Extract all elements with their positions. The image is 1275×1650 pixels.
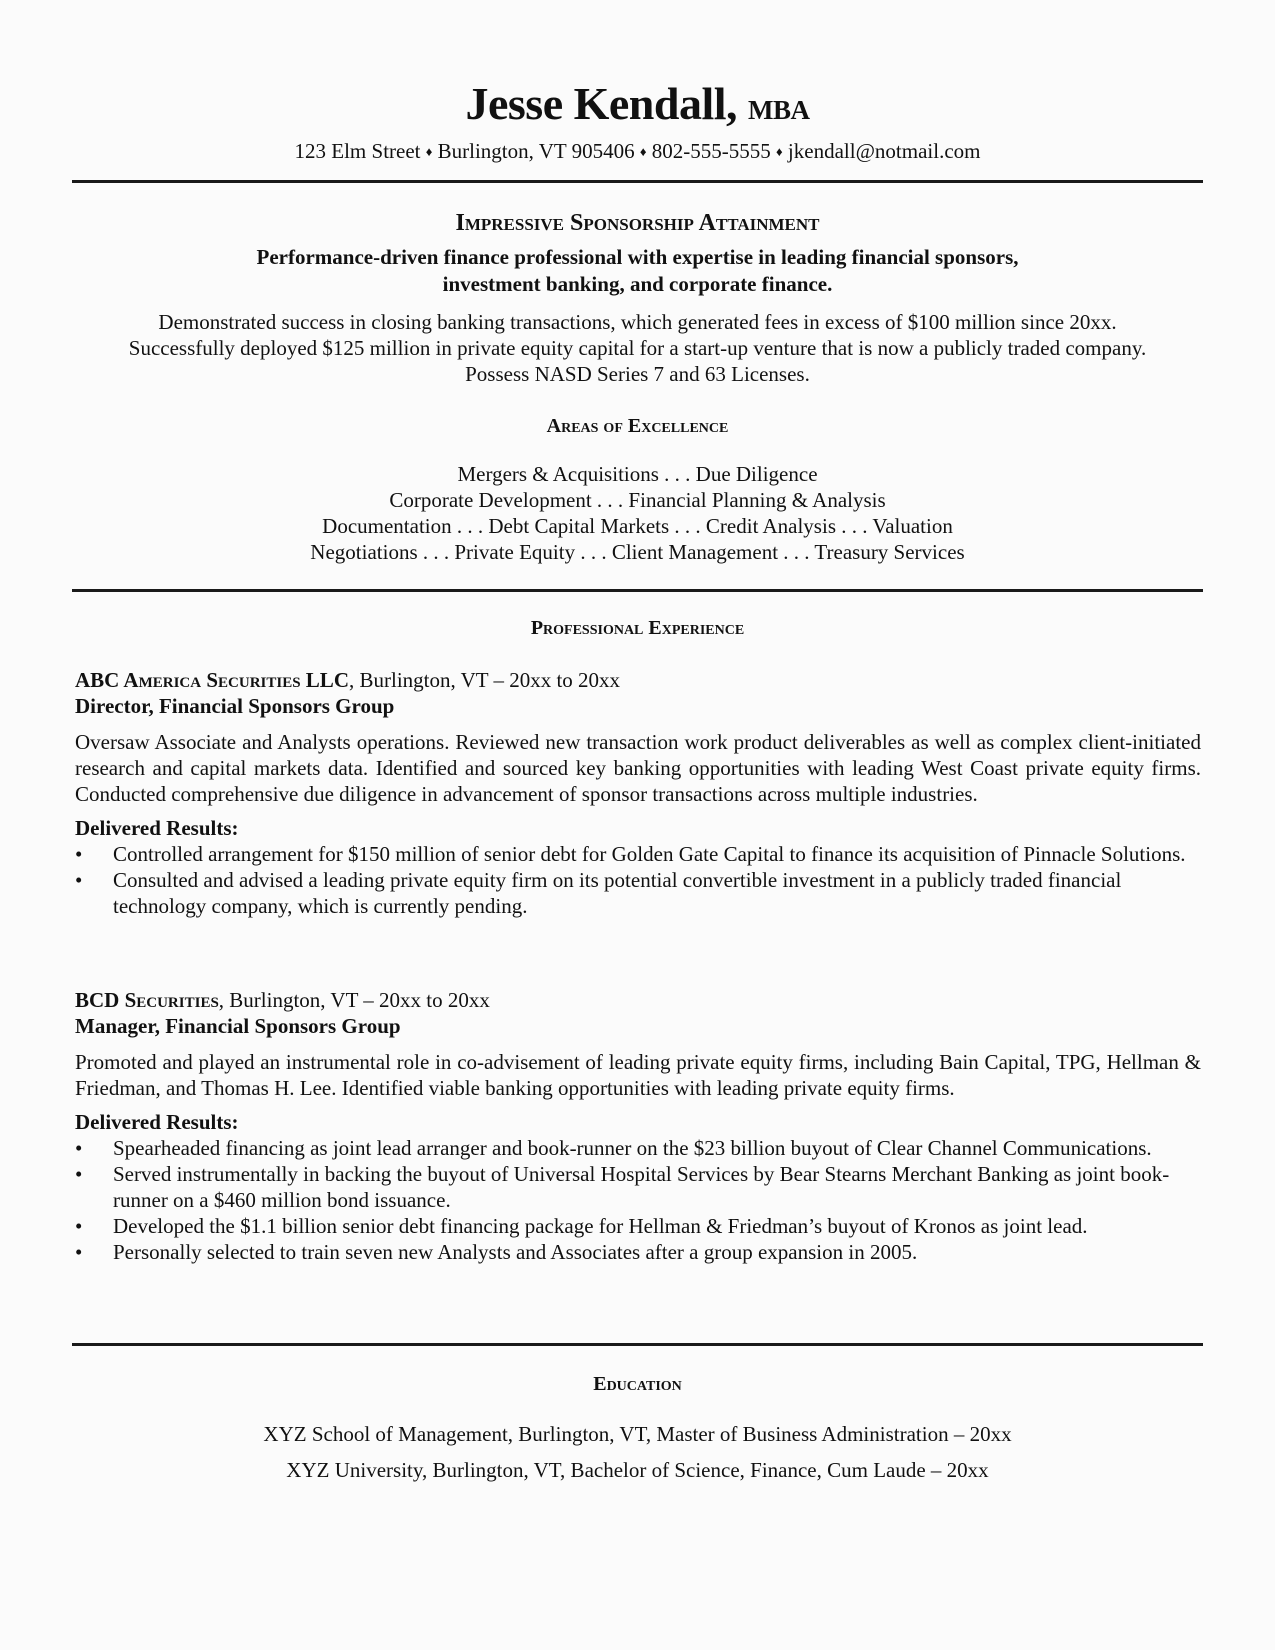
job-title: Director, Financial Sponsors Group [75, 693, 1201, 719]
areas-line: Negotiations . . . Private Equity . . . … [0, 539, 1275, 565]
contact-phone: 802-555-5555 [652, 139, 771, 163]
list-item: •Developed the $1.1 billion senior debt … [75, 1213, 1201, 1239]
summary-line: Possess NASD Series 7 and 63 Licenses. [0, 361, 1275, 387]
contact-city: Burlington, VT 905406 [438, 139, 635, 163]
bullet-icon: • [75, 1135, 82, 1161]
education-entry: XYZ University, Burlington, VT, Bachelor… [0, 1452, 1275, 1488]
summary-headline: Impressive Sponsorship Attainment [0, 208, 1275, 238]
results-label: Delivered Results: [75, 1109, 1201, 1135]
tagline-line: Performance-driven finance professional … [0, 244, 1275, 271]
section-title-areas: Areas of Excellence [0, 414, 1275, 438]
bullet-icon: • [75, 867, 82, 893]
location-dates: , Burlington, VT – 20xx to 20xx [219, 988, 490, 1012]
results-list: •Spearheaded financing as joint lead arr… [75, 1135, 1201, 1265]
candidate-name: Jesse Kendall, MBA [0, 76, 1275, 138]
name-text: Jesse Kendall, [465, 78, 737, 129]
results-label: Delivered Results: [75, 815, 1201, 841]
job-title: Manager, Financial Sponsors Group [75, 1013, 1201, 1039]
job-description: Promoted and played an instrumental role… [75, 1049, 1201, 1101]
contact-line: 123 Elm Street ♦ Burlington, VT 905406 ♦… [0, 138, 1275, 165]
list-item: •Served instrumentally in backing the bu… [75, 1161, 1201, 1213]
contact-email[interactable]: jkendall@notmail.com [788, 139, 981, 163]
section-title-experience: Professional Experience [0, 616, 1275, 640]
credential: MBA [748, 95, 810, 125]
result-text: Controlled arrangement for $150 million … [113, 842, 1186, 866]
result-text: Personally selected to train seven new A… [113, 1240, 917, 1264]
education-entry: XYZ School of Management, Burlington, VT… [0, 1416, 1275, 1452]
company-name: ABC America Securities LLC [75, 668, 349, 692]
job-entry: ABC America Securities LLC, Burlington, … [75, 667, 1201, 919]
summary-line: Successfully deployed $125 million in pr… [0, 335, 1275, 361]
resume-page: Jesse Kendall, MBA 123 Elm Street ♦ Burl… [0, 0, 1275, 1650]
result-text: Spearheaded financing as joint lead arra… [113, 1136, 1152, 1160]
job-description: Oversaw Associate and Analysts operation… [75, 729, 1201, 807]
tagline-line: investment banking, and corporate financ… [0, 271, 1275, 298]
areas-line: Mergers & Acquisitions . . . Due Diligen… [0, 461, 1275, 487]
education-list: XYZ School of Management, Burlington, VT… [0, 1416, 1275, 1488]
areas-list: Mergers & Acquisitions . . . Due Diligen… [0, 461, 1275, 565]
list-item: •Consulted and advised a leading private… [75, 867, 1201, 919]
areas-line: Documentation . . . Debt Capital Markets… [0, 513, 1275, 539]
summary-line: Demonstrated success in closing banking … [0, 309, 1275, 335]
location-dates: , Burlington, VT – 20xx to 20xx [349, 668, 620, 692]
diamond-separator-icon: ♦ [426, 144, 433, 159]
bullet-icon: • [75, 1213, 82, 1239]
section-title-education: Education [0, 1372, 1275, 1396]
list-item: •Controlled arrangement for $150 million… [75, 841, 1201, 867]
result-text: Served instrumentally in backing the buy… [113, 1162, 1169, 1212]
company-line: BCD Securities, Burlington, VT – 20xx to… [75, 987, 1201, 1013]
result-text: Consulted and advised a leading private … [113, 868, 1121, 918]
job-entry: BCD Securities, Burlington, VT – 20xx to… [75, 987, 1201, 1265]
divider [72, 180, 1203, 183]
company-line: ABC America Securities LLC, Burlington, … [75, 667, 1201, 693]
summary-tagline: Performance-driven finance professional … [0, 244, 1275, 298]
list-item: •Personally selected to train seven new … [75, 1239, 1201, 1265]
divider [72, 1343, 1203, 1346]
summary-text: Demonstrated success in closing banking … [0, 309, 1275, 387]
results-list: •Controlled arrangement for $150 million… [75, 841, 1201, 919]
list-item: •Spearheaded financing as joint lead arr… [75, 1135, 1201, 1161]
divider [72, 589, 1203, 592]
bullet-icon: • [75, 841, 82, 867]
diamond-separator-icon: ♦ [776, 144, 783, 159]
bullet-icon: • [75, 1239, 82, 1265]
contact-address: 123 Elm Street [295, 139, 421, 163]
result-text: Developed the $1.1 billion senior debt f… [113, 1214, 1088, 1238]
areas-line: Corporate Development . . . Financial Pl… [0, 487, 1275, 513]
diamond-separator-icon: ♦ [640, 144, 647, 159]
company-name: BCD Securities [75, 988, 219, 1012]
bullet-icon: • [75, 1161, 82, 1187]
